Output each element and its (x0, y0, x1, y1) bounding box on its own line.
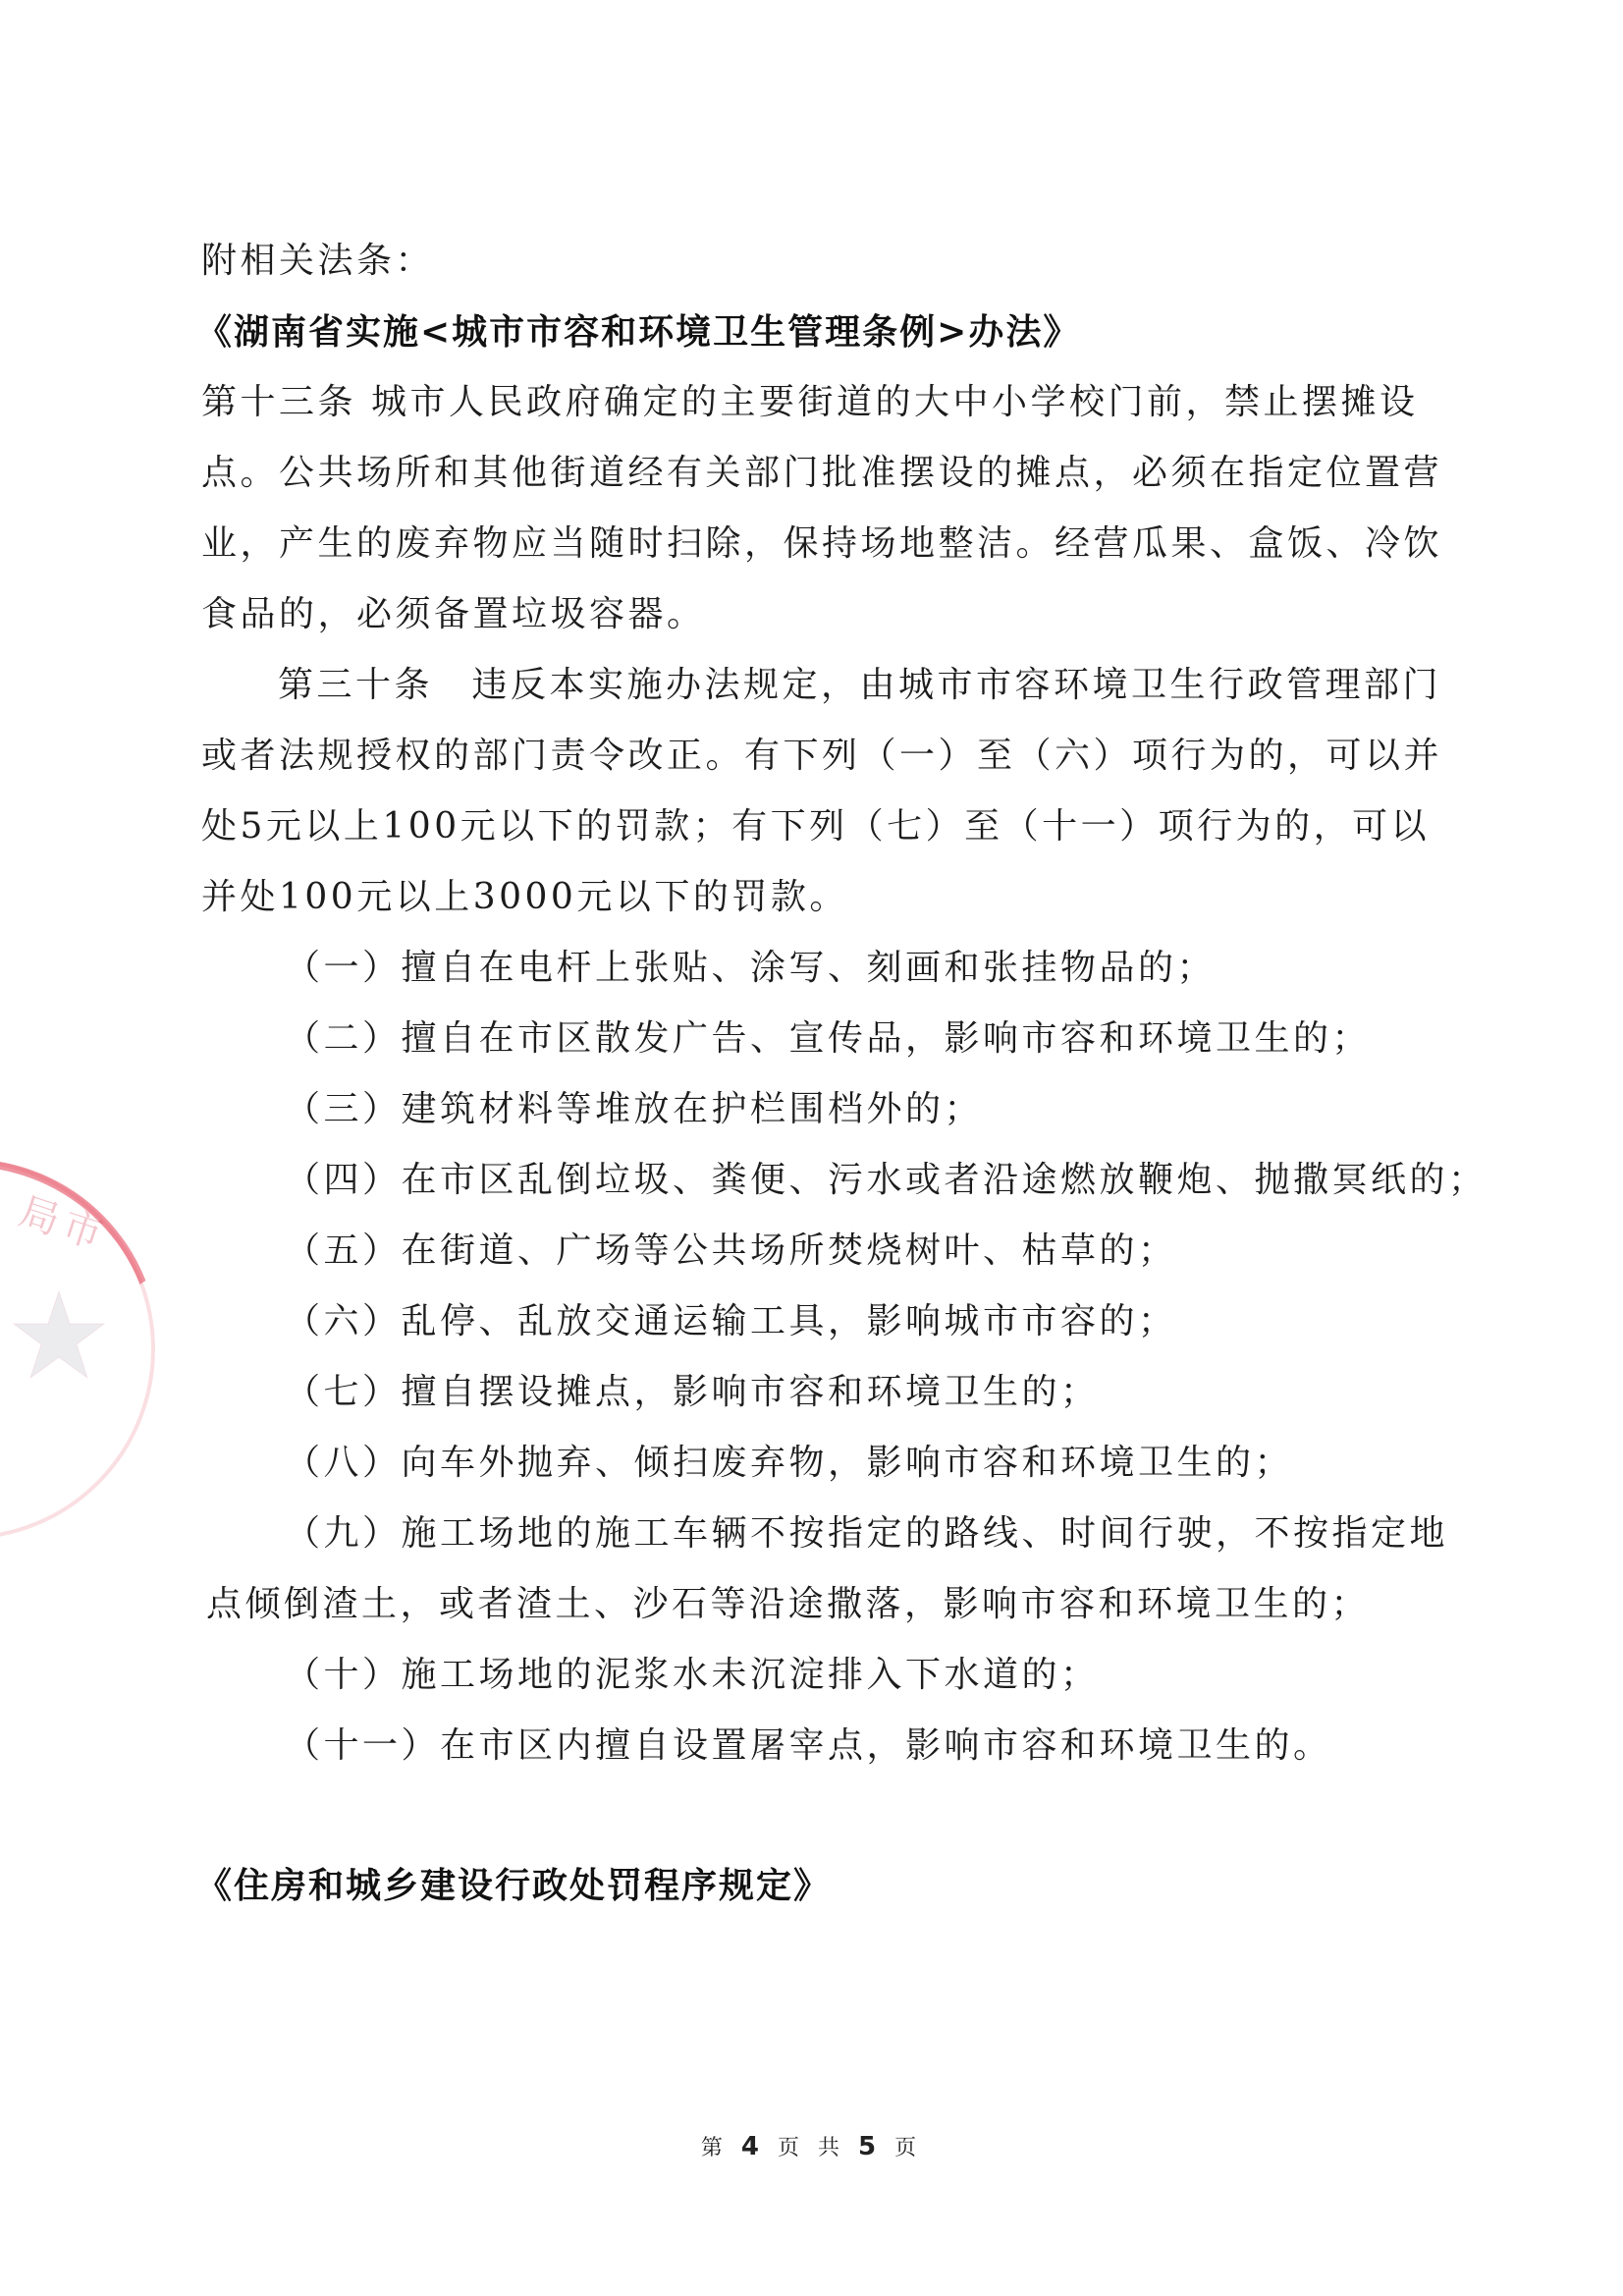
official-seal-text: 局市 (13, 1180, 116, 1262)
law-title-hunan-regulation: 《湖南省实施<城市市容和环境卫生管理条例>办法》 (196, 310, 1080, 354)
article-13-line: 点。公共场所和其他街道经有关部门批准摆设的摊点，必须在指定位置营 (201, 452, 1442, 495)
footer-prefix: 第 (701, 2136, 729, 2160)
list-item: （七）擅自摆设摊点，影响市容和环境卫生的； (285, 1371, 1100, 1414)
footer-middle: 页 共 (778, 2136, 845, 2160)
list-item: （五）在街道、广场等公共场所焚烧树叶、枯草的； (285, 1230, 1177, 1273)
attachment-heading: 附相关法条： (201, 240, 434, 283)
list-item-continuation: 点倾倒渣土，或者渣土、沙石等沿途撒落，影响市容和环境卫生的； (206, 1583, 1370, 1626)
article-30-line: 处5元以上100元以下的罚款；有下列（七）至（十一）项行为的，可以 (201, 805, 1430, 848)
article-13-line: 第十三条 城市人民政府确定的主要街道的大中小学校门前，禁止摆摊设 (201, 381, 1418, 424)
list-item: （四）在市区乱倒垃圾、粪便、污水或者沿途燃放鞭炮、抛撒冥纸的； (285, 1159, 1488, 1202)
list-item: （三）建筑材料等堆放在护栏围档外的； (285, 1088, 983, 1131)
list-item: （一）擅自在电杆上张贴、涂写、刻画和张挂物品的； (285, 947, 1216, 990)
total-pages-number: 5 (858, 2132, 882, 2161)
official-seal-arc (0, 1105, 214, 1600)
article-13-line: 业，产生的废弃物应当随时扫除，保持场地整洁。经营瓜果、盒饭、冷饮 (201, 522, 1442, 566)
list-item: （二）擅自在市区散发广告、宣传品，影响市容和环境卫生的； (285, 1017, 1371, 1061)
list-item: （六）乱停、乱放交通运输工具，影响城市市容的； (285, 1300, 1177, 1343)
list-item: （八）向车外抛弃、倾扫废弃物，影响市容和环境卫生的； (285, 1442, 1293, 1485)
document-page: 局市 附相关法条： 《湖南省实施<城市市容和环境卫生管理条例>办法》 第十三条 … (0, 0, 1623, 2296)
current-page-number: 4 (741, 2132, 765, 2161)
list-item: （十一）在市区内擅自设置屠宰点，影响市容和环境卫生的。 (285, 1724, 1332, 1768)
list-item: （九）施工场地的施工车辆不按指定的路线、时间行驶，不按指定地 (285, 1512, 1448, 1556)
article-13-line: 食品的，必须备置垃圾容器。 (201, 593, 706, 636)
page-number-footer: 第 4 页 共 5 页 (0, 2131, 1623, 2161)
list-item: （十）施工场地的泥浆水未沉淀排入下水道的； (285, 1654, 1100, 1697)
article-30-line: 或者法规授权的部门责令改正。有下列（一）至（六）项行为的，可以并 (201, 735, 1442, 778)
law-title-housing-procedure: 《住房和城乡建设行政处罚程序规定》 (196, 1864, 831, 1907)
article-30-line: 第三十条 违反本实施办法规定，由城市市容环境卫生行政管理部门 (278, 664, 1441, 707)
official-seal (0, 1159, 155, 1540)
article-30-line: 并处100元以上3000元以下的罚款。 (201, 876, 848, 919)
footer-suffix: 页 (894, 2136, 922, 2160)
star-icon (10, 1286, 108, 1385)
